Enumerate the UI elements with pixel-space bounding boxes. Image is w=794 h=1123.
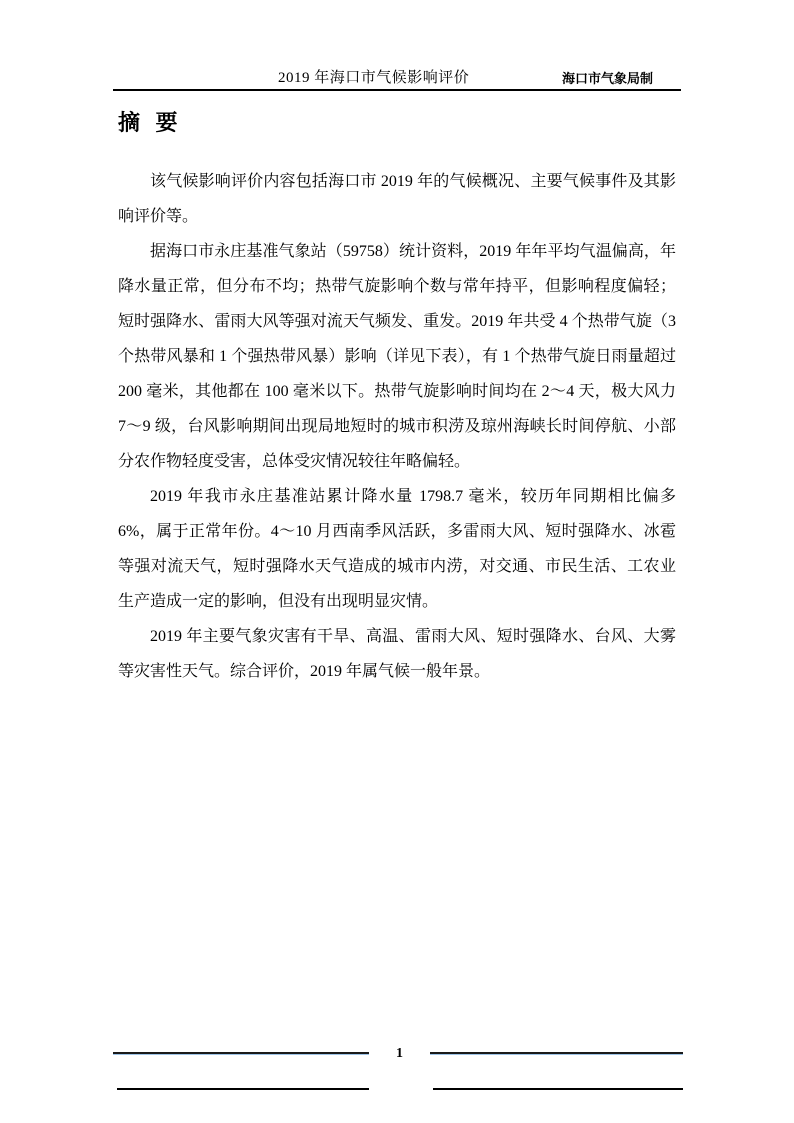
page-number: 1 — [369, 1046, 430, 1062]
paragraph-intro: 该气候影响评价内容包括海口市 2019 年的气候概况、主要气候事件及其影响评价等… — [118, 164, 676, 234]
abstract-heading: 摘 要 — [118, 108, 676, 138]
document-page: 2019 年海口市气候影响评价 海口市气象局制 摘 要 该气候影响评价内容包括海… — [0, 0, 794, 1123]
page-header: 2019 年海口市气候影响评价 海口市气象局制 — [113, 64, 681, 91]
header-title: 2019 年海口市气候影响评价 — [278, 66, 469, 87]
footer-rule-bottom-right — [433, 1088, 683, 1090]
paragraph-station-overview: 据海口市永庄基准气象站（59758）统计资料，2019 年年平均气温偏高，年降水… — [118, 234, 676, 479]
paragraph-disasters-summary: 2019 年主要气象灾害有干旱、高温、雷雨大风、短时强降水、台风、大雾等灾害性天… — [118, 619, 676, 689]
header-agency: 海口市气象局制 — [562, 68, 653, 87]
abstract-body: 该气候影响评价内容包括海口市 2019 年的气候概况、主要气候事件及其影响评价等… — [118, 164, 676, 689]
paragraph-rainfall: 2019 年我市永庄基准站累计降水量 1798.7 毫米，较历年同期相比偏多 6… — [118, 479, 676, 619]
footer-rule-top-left — [113, 1052, 369, 1055]
footer-rule-bottom-left — [117, 1088, 369, 1090]
document-content: 摘 要 该气候影响评价内容包括海口市 2019 年的气候概况、主要气候事件及其影… — [118, 108, 676, 689]
header-rule — [113, 89, 681, 91]
footer-rule-top-right — [430, 1052, 683, 1055]
